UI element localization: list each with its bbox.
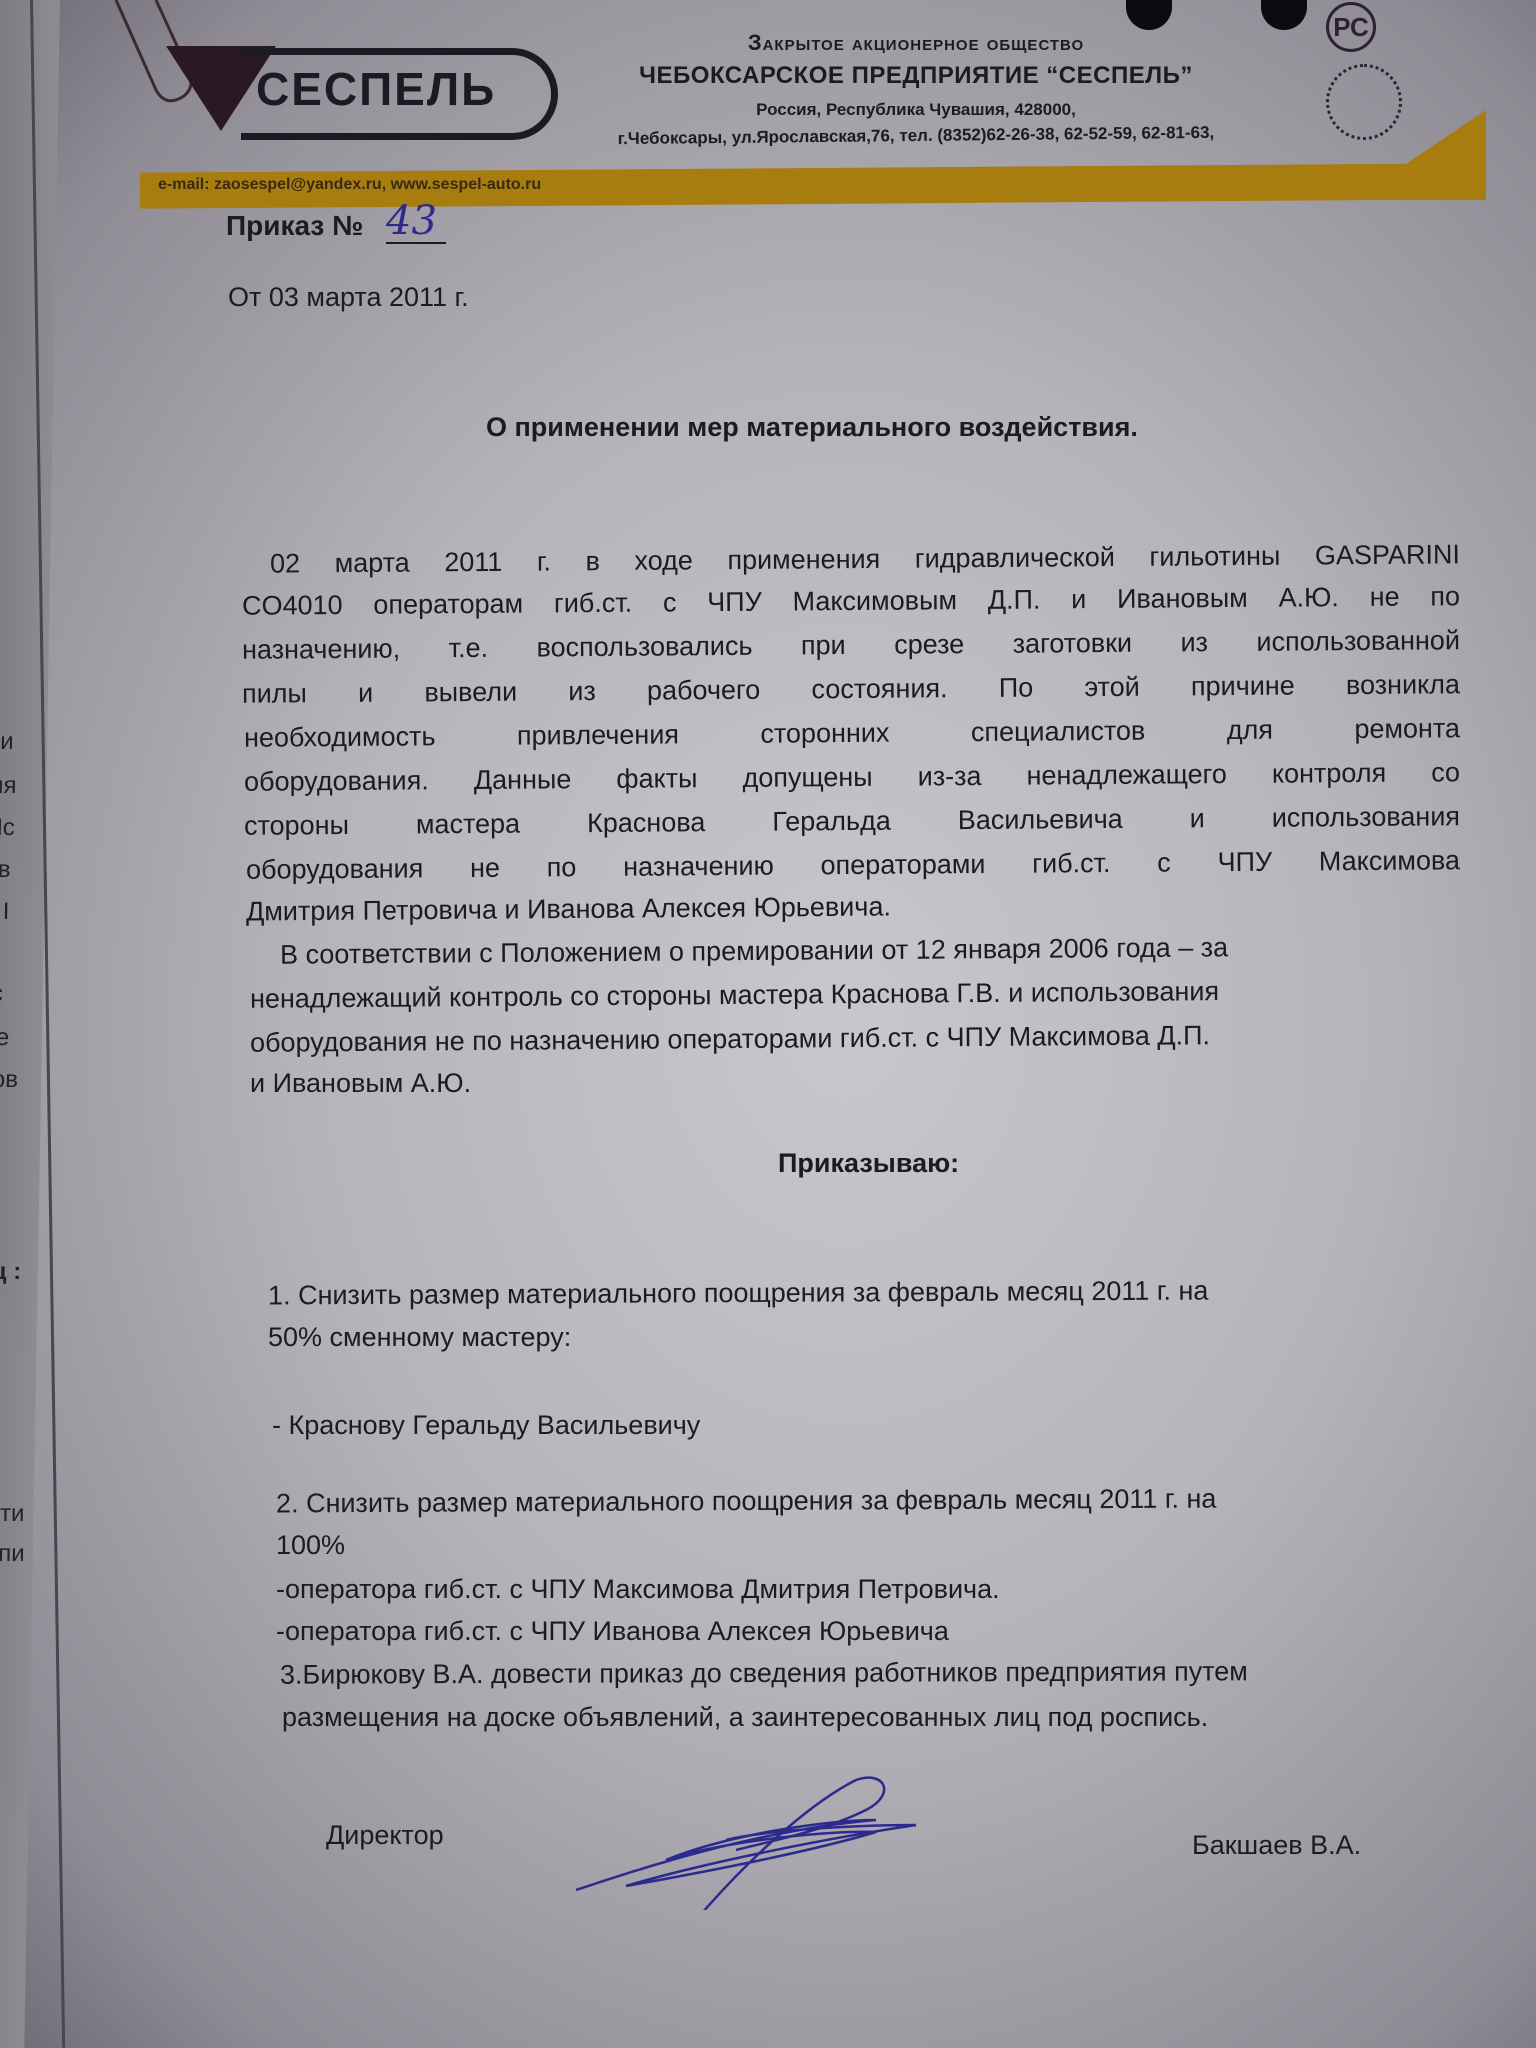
order-title: О применении мер материального воздейств… bbox=[486, 412, 1138, 443]
text-line: размещения на доске объявлений, а заинте… bbox=[282, 1702, 1208, 1733]
text-line: 1. Снизить размер материального поощрени… bbox=[268, 1276, 1209, 1312]
punch-hole bbox=[1261, 0, 1307, 30]
text-line: необходимость привлечения сторонних спец… bbox=[244, 713, 1460, 754]
punch-hole bbox=[1126, 0, 1172, 30]
text-line: Дмитрия Петровича и Иванова Алексея Юрье… bbox=[246, 891, 891, 927]
text-line: CO4010 операторам гиб.ст. с ЧПУ Максимов… bbox=[242, 581, 1460, 622]
order-number-handwritten: 43 bbox=[386, 198, 437, 244]
company-info: Закрытое акционерное общество ЧЕБОКСАРСК… bbox=[516, 30, 1316, 146]
quality-seal-icon bbox=[1326, 64, 1402, 140]
fragment: гс bbox=[0, 980, 3, 1008]
order-document: СЕСПЕЛЬ Закрытое акционерное общество ЧЕ… bbox=[36, 0, 1536, 2048]
text-line: оборудования не по назначению операторам… bbox=[246, 845, 1460, 886]
certification-mark-icon: РС bbox=[1326, 2, 1376, 52]
text-line: назначению, т.е. воспользовались при сре… bbox=[242, 625, 1460, 666]
fragment: тов bbox=[0, 1066, 18, 1094]
fragment: ле bbox=[0, 1024, 9, 1052]
text-line: 50% сменному мастеру: bbox=[268, 1322, 571, 1353]
text-line: пилы и вывели из рабочего состояния. По … bbox=[242, 669, 1460, 710]
fragment: Пс bbox=[0, 814, 15, 842]
order-date: От 03 марта 2011 г. bbox=[228, 282, 469, 313]
company-type: Закрытое акционерное общество bbox=[516, 30, 1316, 56]
text-line: и Ивановым А.Ю. bbox=[250, 1068, 471, 1099]
text-line: 100% bbox=[276, 1530, 345, 1561]
company-name: ЧЕБОКСАРСКОЕ ПРЕДПРИЯТИЕ “СЕСПЕЛЬ” bbox=[516, 62, 1316, 90]
fragment: оспи bbox=[0, 1540, 25, 1568]
handwritten-signature-icon bbox=[576, 1770, 1036, 1910]
text-line: ненадлежащий контроль со стороны мастера… bbox=[250, 976, 1219, 1015]
address-line-1: Россия, Республика Чувашия, 428000, bbox=[516, 100, 1316, 120]
text-line: оборудования. Данные факты допущены из-з… bbox=[244, 757, 1460, 798]
order-heading: Приказываю: bbox=[778, 1148, 959, 1179]
text-line: оборудования не по назначению операторам… bbox=[250, 1020, 1210, 1059]
fragment: ни bbox=[0, 728, 14, 756]
fragment: у І bbox=[0, 898, 10, 926]
fragment: ыя bbox=[0, 772, 17, 800]
text-line: 02 марта 2011 г. в ходе применения гидра… bbox=[270, 539, 1460, 579]
person-line: -оператора гиб.ст. с ЧПУ Иванова Алексея… bbox=[276, 1616, 949, 1647]
address-line-2: г.Чебоксары, ул.Ярославская,76, тел. (83… bbox=[516, 122, 1316, 150]
person-line: - Краснову Геральду Васильевичу bbox=[272, 1410, 700, 1441]
person-line: -оператора гиб.ст. с ЧПУ Максимова Дмитр… bbox=[276, 1574, 1000, 1605]
fragment: яц : bbox=[0, 1258, 21, 1286]
text-line: 2. Снизить размер материального поощрени… bbox=[276, 1484, 1217, 1520]
text-line: 3.Бирюкову В.А. довести приказ до сведен… bbox=[280, 1656, 1248, 1690]
logo-text: СЕСПЕЛЬ bbox=[256, 62, 496, 116]
text-line: стороны мастера Краснова Геральда Василь… bbox=[244, 801, 1460, 842]
fragment: яв bbox=[0, 856, 11, 884]
contacts: e-mail: zaosespel@yandex.ru, www.sespel-… bbox=[158, 176, 541, 194]
fragment: ияти bbox=[0, 1500, 25, 1528]
order-label: Приказ № bbox=[226, 210, 363, 242]
company-logo: СЕСПЕЛЬ bbox=[146, 40, 566, 135]
signer-position: Директор bbox=[326, 1820, 444, 1851]
text-line: В соответствии с Положением о премирован… bbox=[280, 932, 1228, 970]
signer-name: Бакшаев В.А. bbox=[1192, 1830, 1361, 1861]
